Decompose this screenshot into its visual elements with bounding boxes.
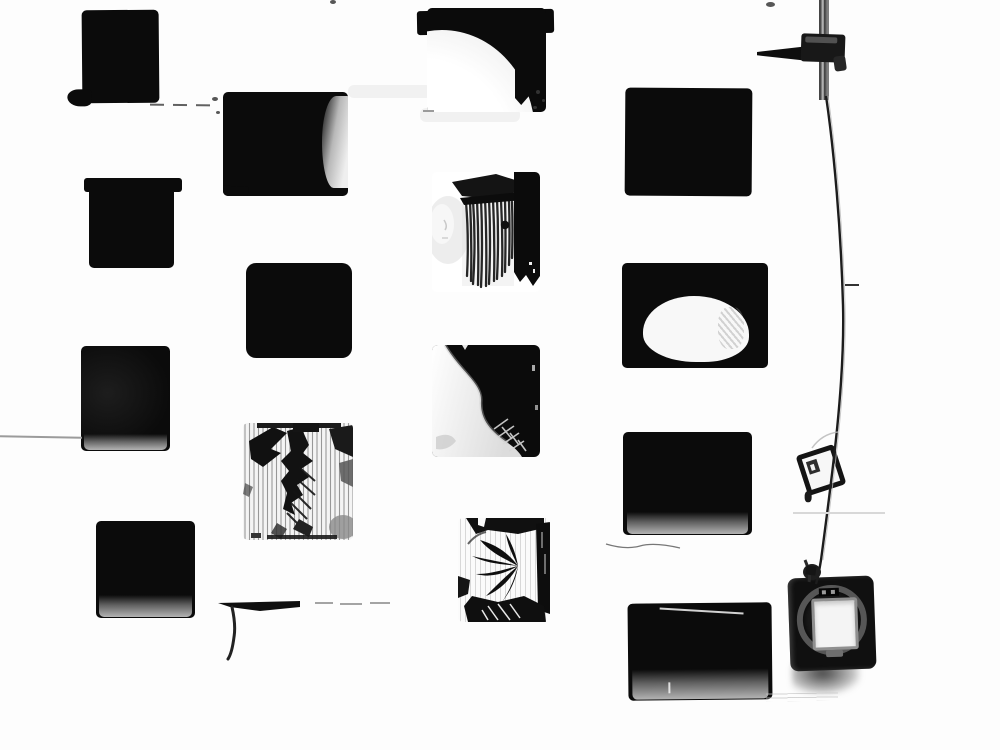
junction-box: [795, 444, 846, 496]
bulb-underscore: [423, 110, 434, 112]
wall-crack-right: [598, 536, 690, 558]
opening-r1c1-dark: [82, 10, 160, 104]
wall-speck: [216, 111, 220, 114]
opening-r1c2-mannequin-back: [223, 92, 348, 196]
meter-glass-window: [811, 597, 859, 651]
opening-r2c1-dark: [89, 179, 174, 268]
stain-smudge: [200, 595, 400, 665]
lit-sill: [627, 512, 748, 534]
bracket-bolt: [833, 55, 847, 72]
wall-speck: [533, 106, 537, 109]
photo-caption: High-contrast black and white photograph…: [0, 0, 1, 1]
wall-speck: [542, 99, 545, 102]
flower-print-fabric: [458, 518, 550, 622]
stone-texture: [718, 307, 744, 349]
opening-r4c3-flower-fabric: [458, 518, 550, 622]
meter-label-chip: [819, 588, 839, 597]
mannequin-neck: [432, 345, 540, 457]
lit-sill: [99, 595, 192, 617]
opening-r1c4-dark: [625, 88, 753, 197]
pale-stone: [643, 296, 749, 362]
opening-r4c1-dark: [96, 521, 195, 618]
mannequin-head: [432, 172, 540, 292]
opening-r2c4-stone: [622, 263, 768, 368]
shadow-streaks: [766, 692, 838, 701]
opening-r3c2-leaf-fabric: [243, 423, 353, 540]
mannequin-head-back-shape: [322, 96, 348, 188]
hanging-cable: [816, 96, 843, 584]
paint-tick: [669, 682, 671, 693]
lit-sill: [632, 668, 768, 699]
wall-speck: [536, 90, 540, 94]
opening-r2c3-mannequin-head: [432, 172, 540, 292]
meter-bottom-tab: [826, 650, 843, 658]
faint-wall-line: [793, 512, 885, 514]
opening-r4c4-dark: [627, 602, 772, 701]
opening-r2c2-dark: [246, 263, 352, 358]
wall-tone-patch: [348, 85, 432, 98]
opening-r3c1-dark: [81, 346, 170, 451]
wall-crack: [0, 435, 82, 438]
photograph: High-contrast black and white photograph…: [0, 0, 1000, 750]
opening-r3c3-mannequin-neck: [432, 345, 540, 457]
opening-r3c4-dark: [623, 432, 752, 535]
opening-shadow-column: [515, 8, 546, 108]
leaf-print-fabric: [243, 423, 353, 540]
electric-meter: [787, 576, 876, 672]
wall-speck: [766, 2, 775, 7]
lit-sill: [84, 434, 168, 450]
scratch-mark: [659, 608, 742, 615]
wall-speck: [212, 97, 218, 101]
cable-tick: [845, 284, 859, 286]
mortar-dashes: [150, 104, 212, 107]
opening-r1c3-globe-light: [427, 8, 546, 112]
wall-speck: [330, 0, 336, 4]
